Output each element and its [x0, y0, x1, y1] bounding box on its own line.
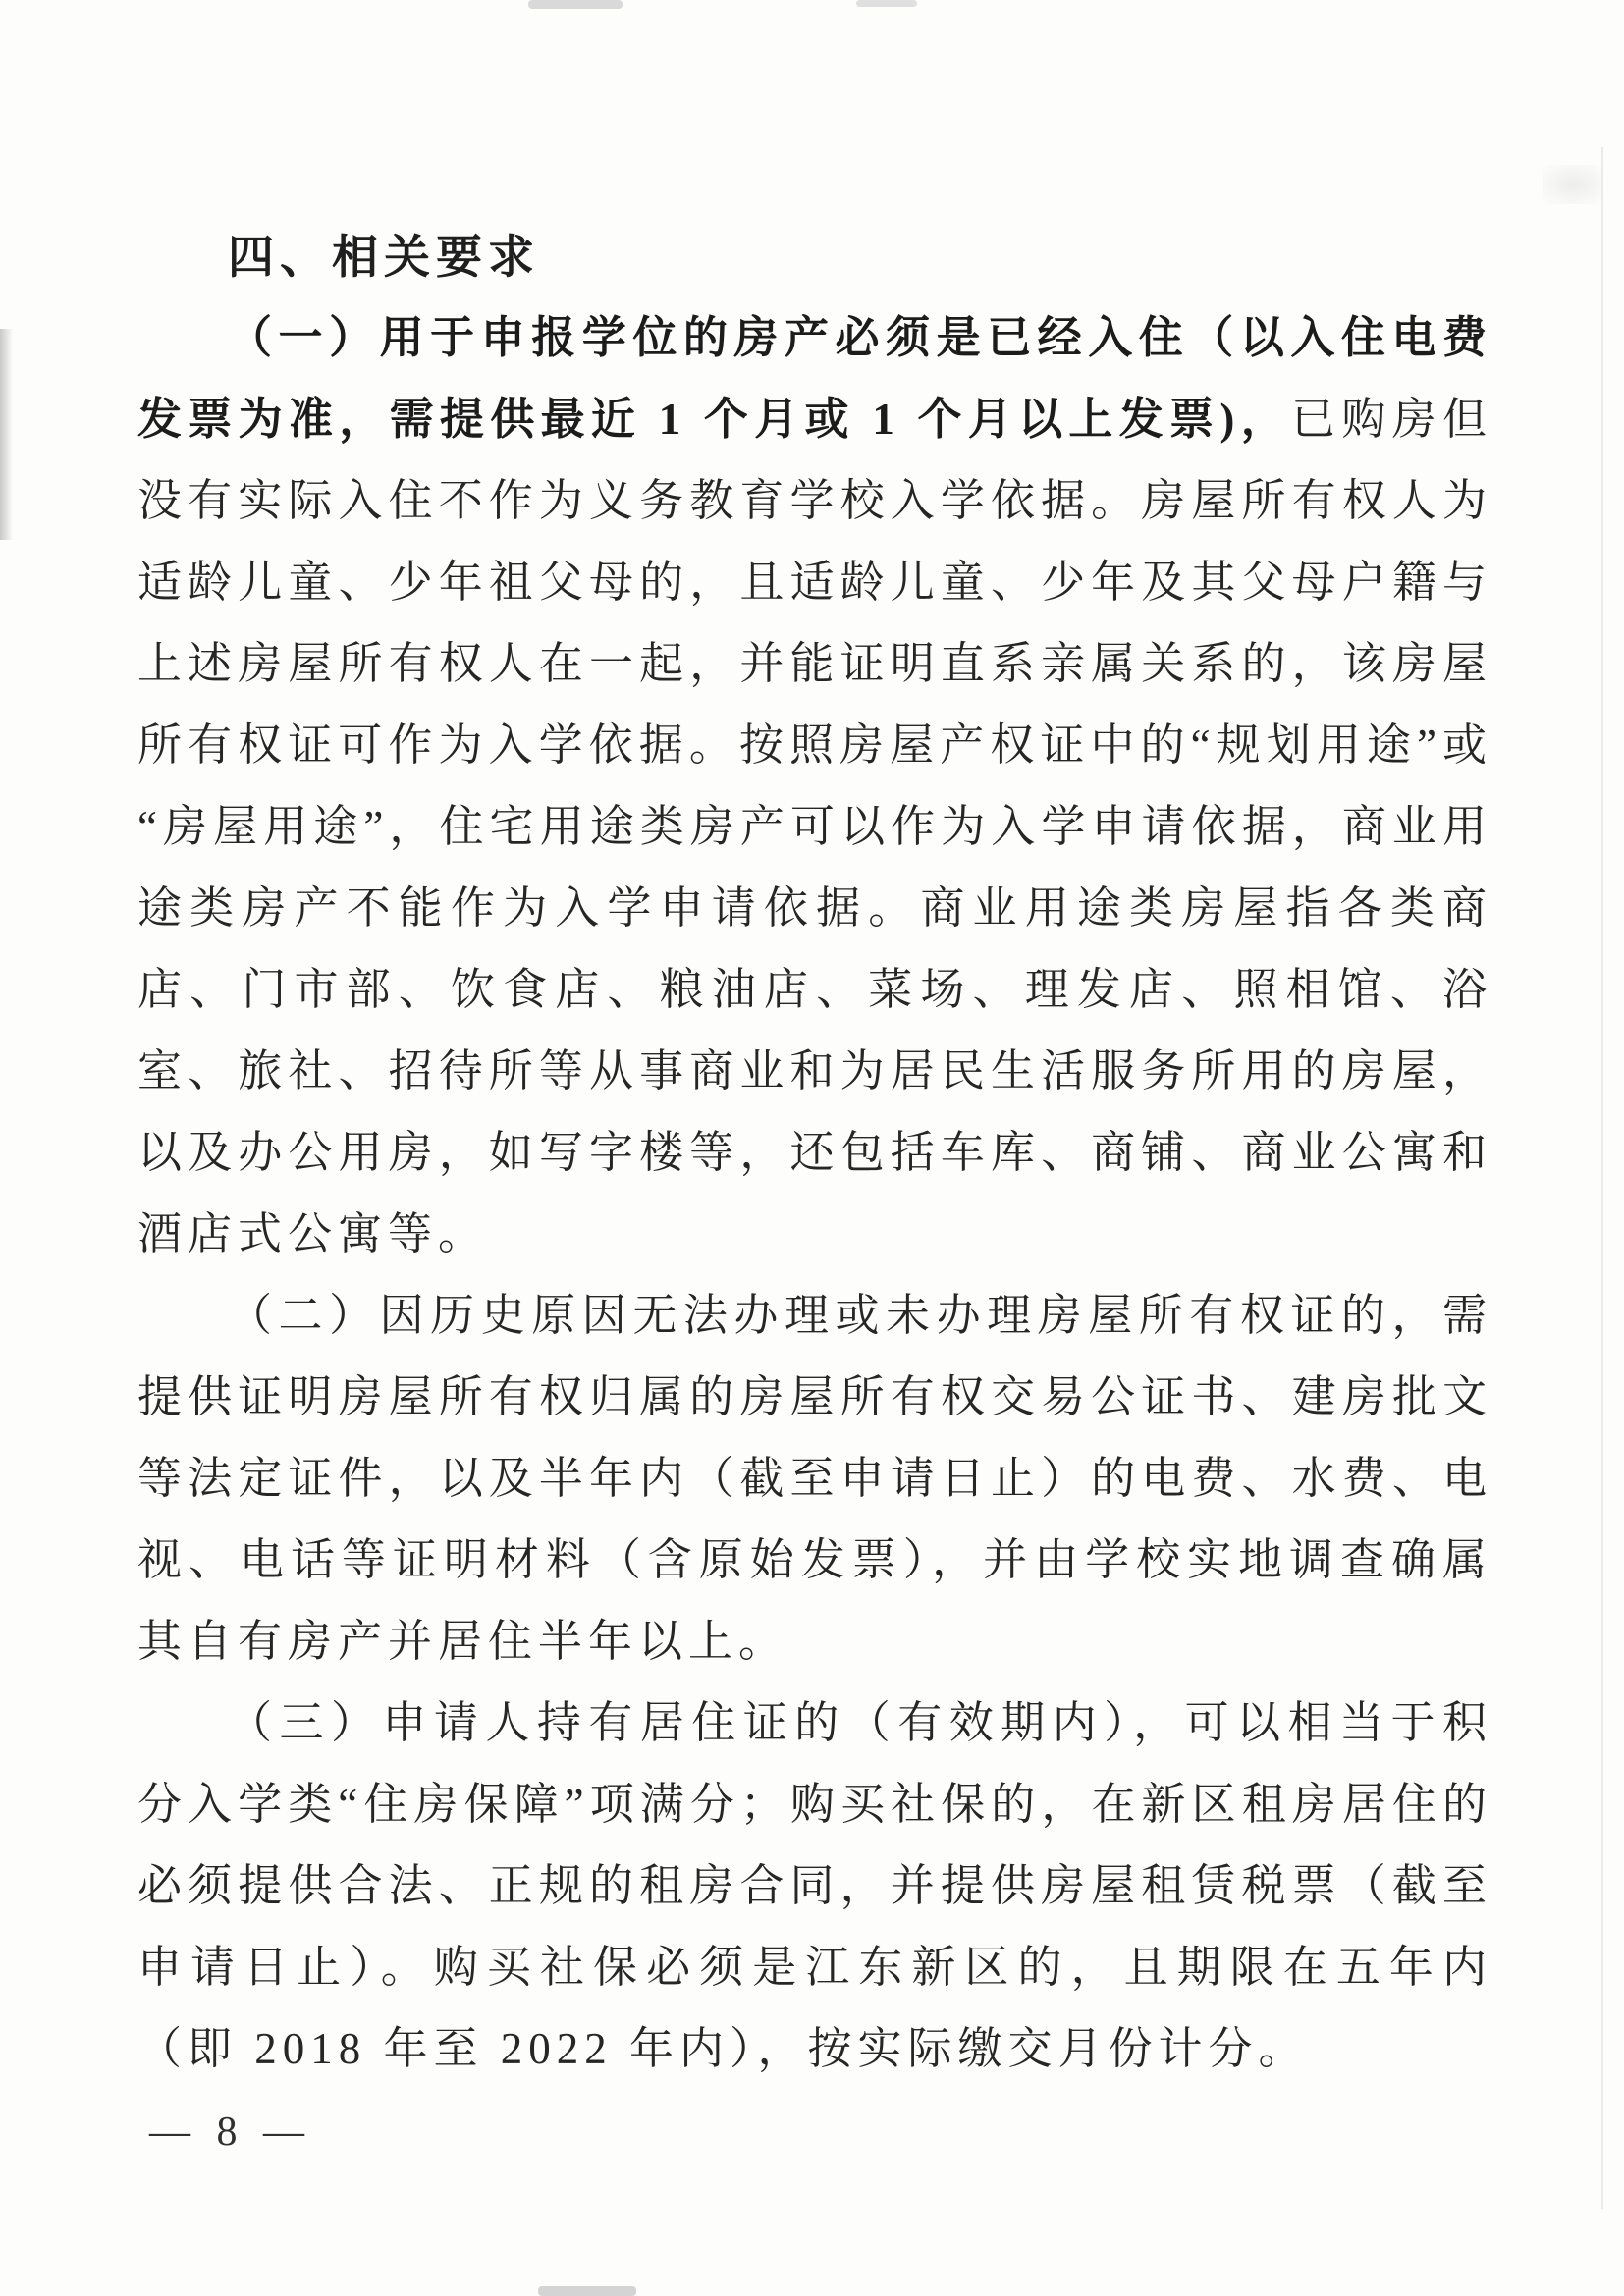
scan-artifact-bottom-edge: [538, 2286, 636, 2296]
scan-artifact-top-left: [528, 0, 623, 9]
scan-artifact-right-smudge: [1543, 165, 1602, 204]
paragraph-2: （二）因历史原因无法办理或未办理房屋所有权证的，需提供证明房屋所有权归属的房屋所…: [137, 1275, 1492, 1682]
paragraph-1-text: 已购房但没有实际入住不作为义务教育学校入学依据。房屋所有权人为适龄儿童、少年祖父…: [137, 395, 1492, 1258]
paragraph-3: （三）申请人持有居住证的（有效期内），可以相当于积分入学类“住房保障”项满分；购…: [137, 1682, 1492, 2090]
paragraph-1-bold-lead: （一）用于申报学位的房产必须是已经入住（以入住电费发票为准，需提供最近 1 个月…: [137, 313, 1492, 444]
document-body: 四、相关要求 （一）用于申报学位的房产必须是已经入住（以入住电费发票为准，需提供…: [137, 216, 1492, 2090]
scan-artifact-left-edge: [0, 329, 13, 540]
paragraph-1: （一）用于申报学位的房产必须是已经入住（以入住电费发票为准，需提供最近 1 个月…: [137, 297, 1492, 1275]
scan-artifact-top-right: [856, 0, 917, 7]
page-number: — 8 —: [149, 2109, 312, 2156]
paragraph-3-text: （三）申请人持有居住证的（有效期内），可以相当于积分入学类“住房保障”项满分；购…: [137, 1698, 1492, 2073]
section-heading: 四、相关要求: [137, 216, 1492, 297]
paragraph-2-text: （二）因历史原因无法办理或未办理房屋所有权证的，需提供证明房屋所有权归属的房屋所…: [137, 1291, 1492, 1666]
document-page: 四、相关要求 （一）用于申报学位的房产必须是已经入住（以入住电费发票为准，需提供…: [0, 0, 1624, 2296]
scan-artifact-right-line: [1601, 147, 1603, 2209]
